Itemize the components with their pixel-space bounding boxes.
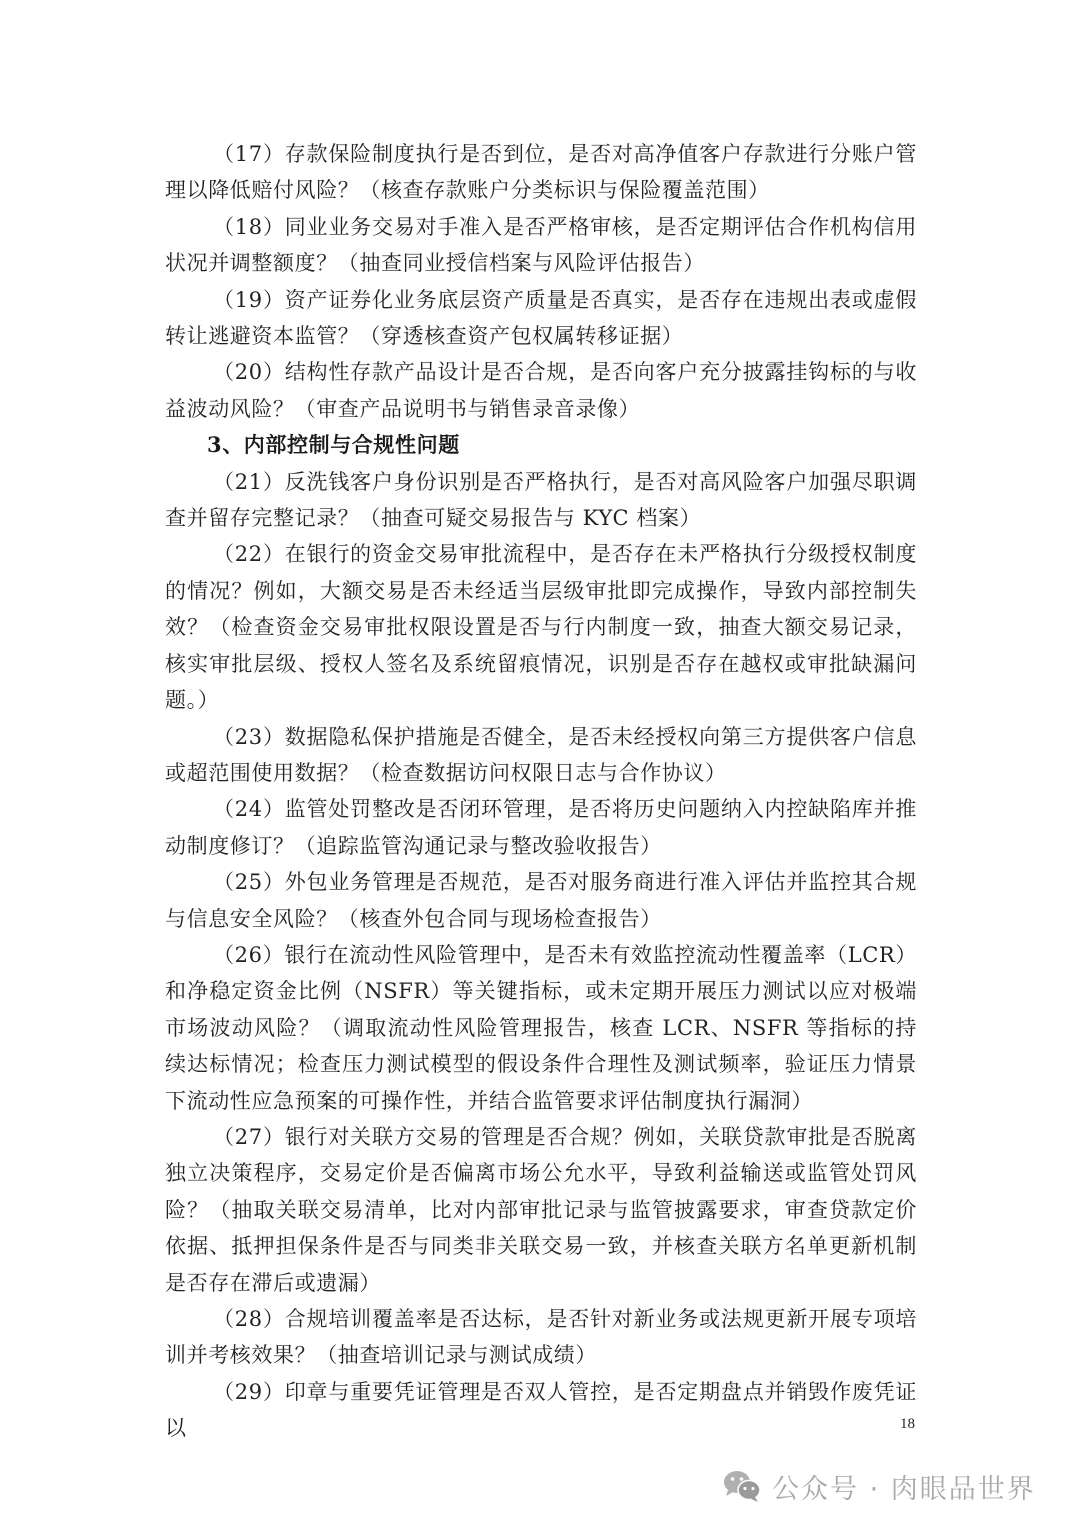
watermark: 公众号 · 肉眼品世界 bbox=[722, 1464, 1036, 1508]
document-body: （17）存款保险制度执行是否到位，是否对高净值客户存款进行分账户管理以降低赔付风… bbox=[165, 136, 917, 1447]
item-23: （23）数据隐私保护措施是否健全，是否未经授权向第三方提供客户信息或超范围使用数… bbox=[165, 719, 917, 792]
wechat-icon bbox=[722, 1469, 762, 1503]
watermark-text: 公众号 · 肉眼品世界 bbox=[772, 1467, 1036, 1506]
item-21: （21）反洗钱客户身份识别是否严格执行，是否对高风险客户加强尽职调查并留存完整记… bbox=[165, 464, 917, 537]
item-28: （28）合规培训覆盖率是否达标，是否针对新业务或法规更新开展专项培训并考核效果？… bbox=[165, 1301, 917, 1374]
item-17: （17）存款保险制度执行是否到位，是否对高净值客户存款进行分账户管理以降低赔付风… bbox=[165, 136, 917, 209]
item-27: （27）银行对关联方交易的管理是否合规？例如，关联贷款审批是否脱离独立决策程序，… bbox=[165, 1119, 917, 1301]
section-heading: 3、内部控制与合规性问题 bbox=[165, 427, 917, 463]
item-24: （24）监管处罚整改是否闭环管理，是否将历史问题纳入内控缺陷库并推动制度修订？（… bbox=[165, 791, 917, 864]
page-number: 18 bbox=[900, 1416, 915, 1433]
item-25: （25）外包业务管理是否规范，是否对服务商进行准入评估并监控其合规与信息安全风险… bbox=[165, 864, 917, 937]
item-20: （20）结构性存款产品设计是否合规，是否向客户充分披露挂钩标的与收益波动风险？（… bbox=[165, 354, 917, 427]
item-26: （26）银行在流动性风险管理中，是否未有效监控流动性覆盖率（LCR）和净稳定资金… bbox=[165, 937, 917, 1119]
document-page: （17）存款保险制度执行是否到位，是否对高净值客户存款进行分账户管理以降低赔付风… bbox=[0, 0, 1080, 1527]
item-18: （18）同业业务交易对手准入是否严格审核，是否定期评估合作机构信用状况并调整额度… bbox=[165, 209, 917, 282]
item-22: （22）在银行的资金交易审批流程中，是否存在未严格执行分级授权制度的情况？例如，… bbox=[165, 536, 917, 718]
item-19: （19）资产证券化业务底层资产质量是否真实，是否存在违规出表或虚假转让逃避资本监… bbox=[165, 282, 917, 355]
item-29: （29）印章与重要凭证管理是否双人管控，是否定期盘点并销毁作废凭证以 bbox=[165, 1374, 917, 1447]
